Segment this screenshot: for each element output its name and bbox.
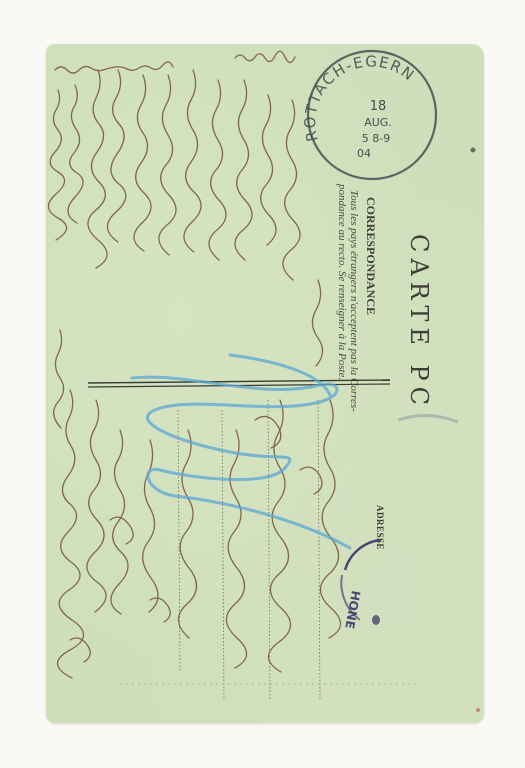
second-postmark: HONE [341, 540, 380, 630]
second-postmark-text: HONE [342, 589, 362, 629]
postmark-series: 04 [357, 147, 371, 160]
postmark-day: 18 [370, 99, 387, 114]
ink-spot [471, 148, 476, 153]
svg-text:ROTTACH-EGERN: ROTTACH-EGERN [301, 52, 418, 143]
pencil-mark [398, 415, 458, 422]
rust-spot [476, 708, 480, 712]
postmark-month: AUG. [364, 116, 392, 129]
postmark-stamp: ROTTACH-EGERN 18 AUG. 5 8-9 04 [301, 51, 436, 179]
handwritten-message [48, 51, 340, 678]
postcard-artwork: ROTTACH-EGERN 18 AUG. 5 8-9 04 HONE [0, 0, 525, 768]
postmark-time: 5 8-9 [362, 132, 390, 145]
postmark-town: ROTTACH-EGERN [301, 52, 418, 143]
